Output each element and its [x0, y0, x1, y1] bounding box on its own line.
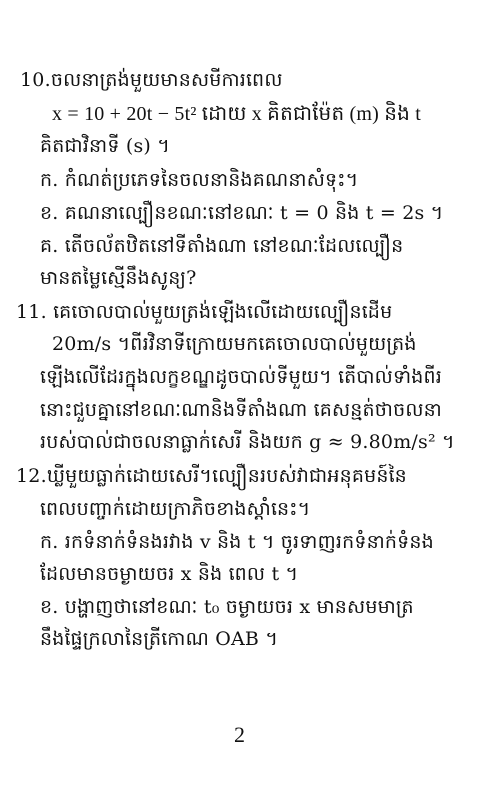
problem-12-line-1: 12.ឃ្លីមួយធ្លាក់ដោយសេរី។ល្បឿនរបស់វាជាអនុ… [16, 464, 407, 488]
problem-number: 10. [20, 69, 51, 91]
sub-question-a: ក. កំណត់ប្រភេទនៃចលនានិងគណនាសំទុះ។ [40, 168, 358, 192]
sub-question-a: ក. រកទំនាក់ទំនងរវាង v និង t ។ ចូរទាញរកទំ… [40, 530, 434, 554]
problem-11-line-3: ឡើងលើដែរក្នុងលក្ខខណ្ឌដូចបាល់ទីមួយ។ តើបាល… [40, 365, 442, 389]
problem-10-line-3: គិតជាវិនាទី (s) ។ [40, 134, 170, 158]
problem-11-line-5: របស់បាល់ជាចលនាធ្លាក់សេរី និងយក g ≈ 9.80m… [40, 430, 455, 454]
problem-number: 12. [16, 465, 47, 487]
sub-question-c: គ. តើចល័តឋិតនៅទីតាំងណា នៅខណៈដែលល្បឿន [40, 234, 403, 258]
equation-line: x = 10 + 20t − 5t² ដោយ x គិតជាម៉ែត (m) ន… [52, 102, 421, 126]
sub-question-b-cont: នឹងផ្ទៃក្រលានៃត្រីកោណ OAB ។ [40, 627, 278, 651]
problem-11-line-2: 20m/s ។ពីរវិនាទីក្រោយមកគេចោលបាល់មួយត្រង់ [52, 332, 417, 356]
page-number: 2 [234, 722, 245, 748]
problem-12-line-2: ពេលបញ្ចាក់ដោយក្រាភិចខាងស្តាំនេះ។ [40, 497, 310, 521]
problem-11-line-1: 11. គេចោលបាល់មួយត្រង់ឡើងលើដោយល្បឿនដើម [16, 300, 392, 324]
sub-question-c-cont: មានតម្លៃស្មើនឹងសូន្យ? [40, 266, 197, 290]
problem-10-line-1: 10.ចលនាត្រង់មួយមានសមីការពេល [20, 68, 283, 92]
sub-question-b: ខ. គណនាល្បឿនខណៈនៅខណៈ t = 0 និង t = 2s ។ [40, 201, 443, 225]
problem-number: 11. [16, 301, 47, 323]
sub-question-b: ខ. បង្ហាញថានៅខណៈ t₀ ចម្ងាយចរ x មានសមមាត្… [40, 595, 414, 619]
sub-question-a-cont: ដែលមានចម្ងាយចរ x និង ពេល t ។ [40, 562, 298, 586]
problem-11-line-4: នោះជួបគ្នានៅខណៈណានិងទីតាំងណា គេសន្មត់ថាច… [40, 398, 442, 422]
